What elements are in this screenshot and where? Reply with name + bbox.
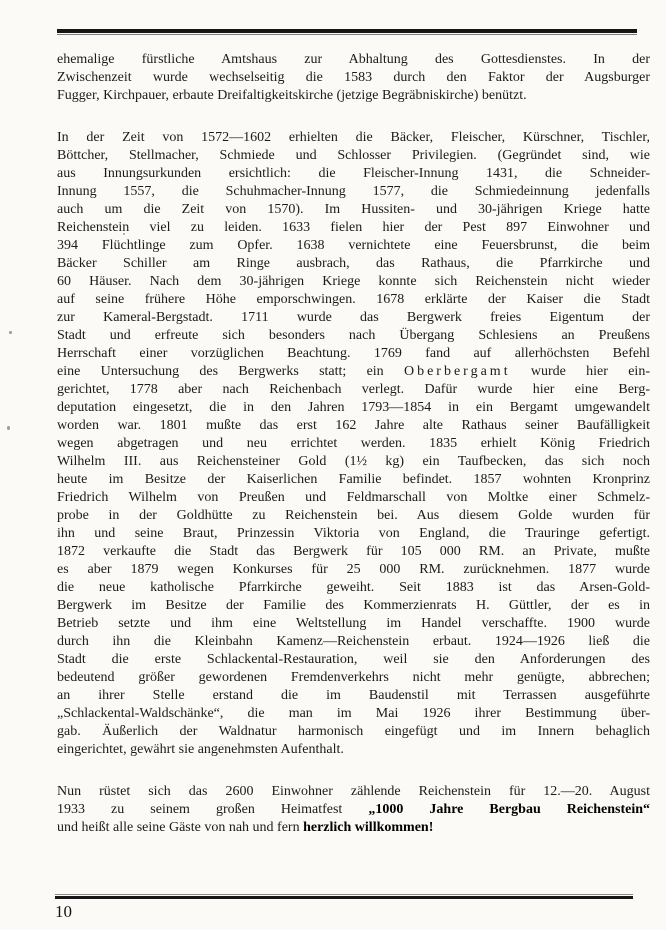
text-line: Innung 1557, die Schuhmacher-Innung 1577… bbox=[57, 183, 650, 201]
paragraph: Nun rüstet sich das 2600 Einwohner zähle… bbox=[57, 783, 650, 837]
text-line: bedeutend größer gewordenen Fremdenverke… bbox=[57, 669, 650, 687]
text-line: 60 Häuser. Nach dem 30-jährigen Kriege k… bbox=[57, 273, 650, 291]
scan-speck bbox=[7, 426, 10, 430]
text-line: ehemalige fürstliche Amtshaus zur Abhalt… bbox=[57, 51, 650, 69]
text-segment: Herrschaft einer vorzüglichen Beachtung.… bbox=[57, 346, 650, 361]
text-segment: wegen abgetragen und neu errichtet werde… bbox=[57, 436, 650, 451]
text-segment: Bergwerk im Besitze der Familie des Komm… bbox=[57, 598, 650, 613]
text-line: 394 Flüchtlinge zum Opfer. 1638 vernicht… bbox=[57, 237, 650, 255]
letterspaced-text: Oberbergamt bbox=[404, 364, 511, 379]
bottom-rule-thick-line bbox=[55, 896, 633, 899]
scan-speck bbox=[9, 331, 12, 334]
text-segment: 394 Flüchtlinge zum Opfer. 1638 vernicht… bbox=[57, 238, 650, 253]
text-segment: 1933 zu seinem großen Heimatfest bbox=[57, 802, 368, 817]
text-line: Stadt die erste Schlackental-Restauratio… bbox=[57, 651, 650, 669]
top-rule-thin-line bbox=[57, 34, 637, 35]
text-segment: es aber 1879 wegen Konkurses für 25 000 … bbox=[57, 562, 650, 577]
text-block: ehemalige fürstliche Amtshaus zur Abhalt… bbox=[57, 51, 650, 861]
text-segment: ehemalige fürstliche Amtshaus zur Abhalt… bbox=[57, 52, 650, 67]
text-line: Friedrich Wilhelm von Preußen und Feldma… bbox=[57, 489, 650, 507]
page-number: 10 bbox=[55, 902, 72, 922]
text-line: gab. Äußerlich der Waldnatur harmonisch … bbox=[57, 723, 650, 741]
text-segment: Reichenstein viel zu leiden. 1633 fielen… bbox=[57, 220, 650, 235]
paragraph: In der Zeit von 1572—1602 erhielten die … bbox=[57, 129, 650, 759]
text-line: Bergwerk im Besitze der Familie des Komm… bbox=[57, 597, 650, 615]
text-segment: Bäcker Schiller am Ringe ausbrach, das R… bbox=[57, 256, 650, 271]
text-line: Fugger, Kirchpauer, erbaute Dreifaltigke… bbox=[57, 87, 650, 105]
bold-text: herzlich willkommen! bbox=[303, 820, 433, 835]
text-line: Nun rüstet sich das 2600 Einwohner zähle… bbox=[57, 783, 650, 801]
text-line: an ihrer Stelle erstand die im Baudensti… bbox=[57, 687, 650, 705]
text-segment: Stadt und erfreute sich besonders nach Ü… bbox=[57, 328, 650, 343]
text-segment: probe in der Goldhütte zu Reichenstein b… bbox=[57, 508, 650, 523]
text-segment: deputation eingesetzt, die in den Jahren… bbox=[57, 400, 650, 415]
text-line: worden war. 1801 mußte das erst 162 Jahr… bbox=[57, 417, 650, 435]
text-segment: auch um die Zeit von 1570). Im Hussiten-… bbox=[57, 202, 650, 217]
text-line: auch um die Zeit von 1570). Im Hussiten-… bbox=[57, 201, 650, 219]
text-segment: ihn und seine Braut, Prinzessin Viktoria… bbox=[57, 526, 650, 541]
text-segment: 60 Häuser. Nach dem 30-jährigen Kriege k… bbox=[57, 274, 650, 289]
top-rule bbox=[57, 29, 637, 35]
text-segment: „Schlackental-Waldschänke“, die man im M… bbox=[57, 706, 650, 721]
text-segment: Innung 1557, die Schuhmacher-Innung 1577… bbox=[57, 184, 650, 199]
text-line: 1933 zu seinem großen Heimatfest „1000 J… bbox=[57, 801, 650, 819]
text-segment: aus Innungsurkunden ersichtlich: die Fle… bbox=[57, 166, 650, 181]
text-segment: Friedrich Wilhelm von Preußen und Feldma… bbox=[57, 490, 650, 505]
text-line: Böttcher, Stellmacher, Schmiede und Schl… bbox=[57, 147, 650, 165]
text-segment: bedeutend größer gewordenen Fremdenverke… bbox=[57, 670, 650, 685]
scanned-page: ehemalige fürstliche Amtshaus zur Abhalt… bbox=[0, 0, 666, 930]
text-line: Stadt und erfreute sich besonders nach Ü… bbox=[57, 327, 650, 345]
text-segment: Stadt die erste Schlackental-Restauratio… bbox=[57, 652, 650, 667]
text-segment: und heißt alle seine Gäste von nah und f… bbox=[57, 820, 303, 835]
text-line: Herrschaft einer vorzüglichen Beachtung.… bbox=[57, 345, 650, 363]
text-line: und heißt alle seine Gäste von nah und f… bbox=[57, 819, 650, 837]
top-rule-thick-line bbox=[57, 29, 637, 33]
text-segment: die neue katholische Pfarrkirche geweiht… bbox=[57, 580, 650, 595]
text-line: die neue katholische Pfarrkirche geweiht… bbox=[57, 579, 650, 597]
text-segment: heute im Besitze der Kaiserlichen Famili… bbox=[57, 472, 650, 487]
text-line: Wilhelm III. aus Reichensteiner Gold (1½… bbox=[57, 453, 650, 471]
text-line: deputation eingesetzt, die in den Jahren… bbox=[57, 399, 650, 417]
text-segment: Wilhelm III. aus Reichensteiner Gold (1½… bbox=[57, 454, 650, 469]
bottom-rule-thin-line bbox=[55, 894, 633, 895]
text-segment: wurde hier ein- bbox=[511, 364, 650, 379]
text-segment: In der Zeit von 1572—1602 erhielten die … bbox=[57, 130, 650, 145]
text-line: Zwischenzeit wurde wechselseitig die 158… bbox=[57, 69, 650, 87]
text-segment: auf seine frühere Höhe emporschwingen. 1… bbox=[57, 292, 650, 307]
text-line: aus Innungsurkunden ersichtlich: die Fle… bbox=[57, 165, 650, 183]
text-line: auf seine frühere Höhe emporschwingen. 1… bbox=[57, 291, 650, 309]
text-line: ihn und seine Braut, Prinzessin Viktoria… bbox=[57, 525, 650, 543]
text-line: 1872 verkaufte die Stadt das Bergwerk fü… bbox=[57, 543, 650, 561]
text-segment: Betrieb setzte und ihm eine Weltstellung… bbox=[57, 616, 650, 631]
text-line: Reichenstein viel zu leiden. 1633 fielen… bbox=[57, 219, 650, 237]
text-line: Bäcker Schiller am Ringe ausbrach, das R… bbox=[57, 255, 650, 273]
scan-speck bbox=[123, 233, 125, 235]
text-segment: Fugger, Kirchpauer, erbaute Dreifaltigke… bbox=[57, 88, 527, 103]
text-line: „Schlackental-Waldschänke“, die man im M… bbox=[57, 705, 650, 723]
text-line: durch ihn die Kleinbahn Kamenz—Reichenst… bbox=[57, 633, 650, 651]
text-segment: worden war. 1801 mußte das erst 162 Jahr… bbox=[57, 418, 650, 433]
text-line: Betrieb setzte und ihm eine Weltstellung… bbox=[57, 615, 650, 633]
text-segment: gerichtet, 1778 aber nach Reichenbach ve… bbox=[57, 382, 650, 397]
text-line: zur Kameral-Bergstadt. 1711 wurde das Be… bbox=[57, 309, 650, 327]
text-segment: 1872 verkaufte die Stadt das Bergwerk fü… bbox=[57, 544, 650, 559]
text-segment: Zwischenzeit wurde wechselseitig die 158… bbox=[57, 70, 650, 85]
text-segment: eingerichtet, gewährt sie angenehmsten A… bbox=[57, 742, 344, 757]
text-segment: eine Untersuchung des Bergwerks statt; e… bbox=[57, 364, 404, 379]
text-segment: Nun rüstet sich das 2600 Einwohner zähle… bbox=[57, 784, 650, 799]
text-line: In der Zeit von 1572—1602 erhielten die … bbox=[57, 129, 650, 147]
text-segment: gab. Äußerlich der Waldnatur harmonisch … bbox=[57, 724, 650, 739]
text-segment: Böttcher, Stellmacher, Schmiede und Schl… bbox=[57, 148, 650, 163]
text-segment: an ihrer Stelle erstand die im Baudensti… bbox=[57, 688, 650, 703]
text-line: probe in der Goldhütte zu Reichenstein b… bbox=[57, 507, 650, 525]
bold-text: „1000 Jahre Bergbau Reichenstein“ bbox=[368, 802, 650, 817]
text-segment: zur Kameral-Bergstadt. 1711 wurde das Be… bbox=[57, 310, 650, 325]
paragraph: ehemalige fürstliche Amtshaus zur Abhalt… bbox=[57, 51, 650, 105]
text-line: eine Untersuchung des Bergwerks statt; e… bbox=[57, 363, 650, 381]
text-line: eingerichtet, gewährt sie angenehmsten A… bbox=[57, 741, 650, 759]
text-line: wegen abgetragen und neu errichtet werde… bbox=[57, 435, 650, 453]
text-segment: durch ihn die Kleinbahn Kamenz—Reichenst… bbox=[57, 634, 650, 649]
text-line: gerichtet, 1778 aber nach Reichenbach ve… bbox=[57, 381, 650, 399]
text-line: es aber 1879 wegen Konkurses für 25 000 … bbox=[57, 561, 650, 579]
bottom-rule bbox=[55, 894, 633, 899]
text-line: heute im Besitze der Kaiserlichen Famili… bbox=[57, 471, 650, 489]
